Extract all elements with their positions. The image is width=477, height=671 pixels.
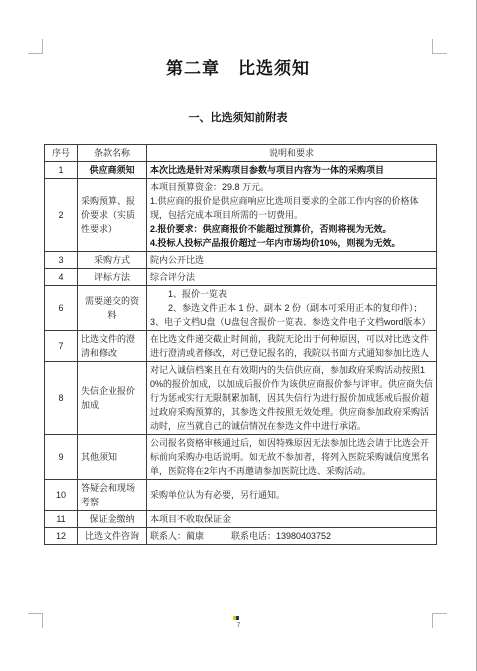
row-number-cell: 1 [45,162,78,179]
row-number-cell: 10 [45,480,78,511]
document-page: 第二章 比选须知 一、比选须知前附表 序号条款名称说明和要求 1供应商须知本次比… [0,0,477,671]
description-cell: 综合评分法 [147,269,437,286]
description-cell: 公司报名资格审核通过后，如因特殊原因无法参加比选会请于比选会开标前向采购办电话说… [147,435,437,480]
description-line: 2、参选文件正本 1 份、副本 2 份（副本可采用正本的复印件）； [150,301,433,315]
description-line: 综合评分法 [150,270,433,284]
table-row: 3采购方式院内公开比选 [45,252,437,269]
section-title: 一、比选须知前附表 [0,109,476,125]
row-number-cell: 2 [45,179,78,252]
row-number-cell: 12 [45,528,78,545]
row-number-cell: 11 [45,511,78,528]
row-number-cell: 7 [45,331,78,362]
table-row: 8失信企业报价加成对记入诚信档案且在有效期内的失信供应商，参加政府采购活动按照1… [45,362,437,435]
clause-name-cell: 采购预算、报价要求（实质性要求） [78,179,147,252]
row-number-cell: 8 [45,362,78,435]
column-header: 序号 [45,145,78,162]
table-row: 1供应商须知本次比选是针对采购项目参数与项目内容为一体的采购项目 [45,162,437,179]
table-header-row: 序号条款名称说明和要求 [45,145,437,162]
clause-name-cell: 需要递交的资料 [78,286,147,331]
column-header: 说明和要求 [147,145,437,162]
clause-name-cell: 采购方式 [78,252,147,269]
clause-name-cell: 供应商须知 [78,162,147,179]
clause-name-cell: 答疑会和现场考察 [78,480,147,511]
table-body: 1供应商须知本次比选是针对采购项目参数与项目内容为一体的采购项目2采购预算、报价… [45,162,437,545]
clause-name-cell: 比选文件咨询 [78,528,147,545]
table-row: 9其他须知公司报名资格审核通过后，如因特殊原因无法参加比选会请于比选会开标前向采… [45,435,437,480]
description-line: 公司报名资格审核通过后，如因特殊原因无法参加比选会请于比选会开标前向采购办电话说… [150,436,433,478]
clause-name-cell: 保证金缴纳 [78,511,147,528]
description-line: 1.供应商的报价是供应商响应比选项目要求的全部工作内容的价格体现，包括完成本项目… [150,194,433,222]
clause-name-cell: 评标方法 [78,269,147,286]
description-cell: 在比选文件递交截止时间前，我院无论出于何种原因，可以对比选文件进行澄清或者修改，… [147,331,437,362]
description-line: 本项目预算资金：29.8 万元。 [150,180,433,194]
description-cell: 本项目预算资金：29.8 万元。1.供应商的报价是供应商响应比选项目要求的全部工… [147,179,437,252]
description-line: 院内公开比选 [150,253,433,267]
table-row: 12比选文件咨询联系人：蔺康 联系电话：13980403752 [45,528,437,545]
description-cell: 本项目不收取保证金 [147,511,437,528]
clause-name-cell: 其他须知 [78,435,147,480]
description-line: 2.报价要求：供应商报价不能超过预算价，否则将视为无效。 [150,222,433,236]
description-line: 4.投标人投标产品报价超过一年内市场均价10%，则视为无效。 [150,236,433,250]
crop-mark-top-right [432,39,447,54]
table-row: 7比选文件的澄清和修改在比选文件递交截止时间前，我院无论出于何种原因，可以对比选… [45,331,437,362]
description-line: 对记入诚信档案且在有效期内的失信供应商，参加政府采购活动按照10%的报价加成，以… [150,363,433,433]
description-line: 本次比选是针对采购项目参数与项目内容为一体的采购项目 [150,163,433,177]
table-row: 4评标方法综合评分法 [45,269,437,286]
pre-attached-table: 序号条款名称说明和要求 1供应商须知本次比选是针对采购项目参数与项目内容为一体的… [44,144,437,545]
description-cell: 1、报价一览表 2、参选文件正本 1 份、副本 2 份（副本可采用正本的复印件）… [147,286,437,331]
column-header: 条款名称 [78,145,147,162]
table-row: 11保证金缴纳本项目不收取保证金 [45,511,437,528]
row-number-cell: 4 [45,269,78,286]
description-line: 1、报价一览表 [150,287,433,301]
clause-name-cell: 失信企业报价加成 [78,362,147,435]
description-cell: 采购单位认为有必要，另行通知。 [147,480,437,511]
table-row: 10答疑会和现场考察采购单位认为有必要，另行通知。 [45,480,437,511]
chapter-title: 第二章 比选须知 [0,54,476,79]
description-cell: 本次比选是针对采购项目参数与项目内容为一体的采购项目 [147,162,437,179]
row-number-cell: 6 [45,286,78,331]
description-line: 本项目不收取保证金 [150,512,433,526]
description-cell: 联系人：蔺康 联系电话：13980403752 [147,528,437,545]
row-number-cell: 9 [45,435,78,480]
description-line: 3、电子文档U盘（U盘包含报价一览表、参选文件电子文档word版本） [150,315,433,329]
crop-mark-top-left [28,39,43,54]
table-row: 6需要递交的资料 1、报价一览表 2、参选文件正本 1 份、副本 2 份（副本可… [45,286,437,331]
description-line: 采购单位认为有必要，另行通知。 [150,488,433,502]
clause-name-cell: 比选文件的澄清和修改 [78,331,147,362]
page-number: 7 [0,620,477,629]
description-cell: 对记入诚信档案且在有效期内的失信供应商，参加政府采购活动按照10%的报价加成，以… [147,362,437,435]
description-line: 联系人：蔺康 联系电话：13980403752 [150,529,433,543]
description-cell: 院内公开比选 [147,252,437,269]
table-row: 2采购预算、报价要求（实质性要求）本项目预算资金：29.8 万元。1.供应商的报… [45,179,437,252]
description-line: 在比选文件递交截止时间前，我院无论出于何种原因，可以对比选文件进行澄清或者修改，… [150,332,433,360]
row-number-cell: 3 [45,252,78,269]
